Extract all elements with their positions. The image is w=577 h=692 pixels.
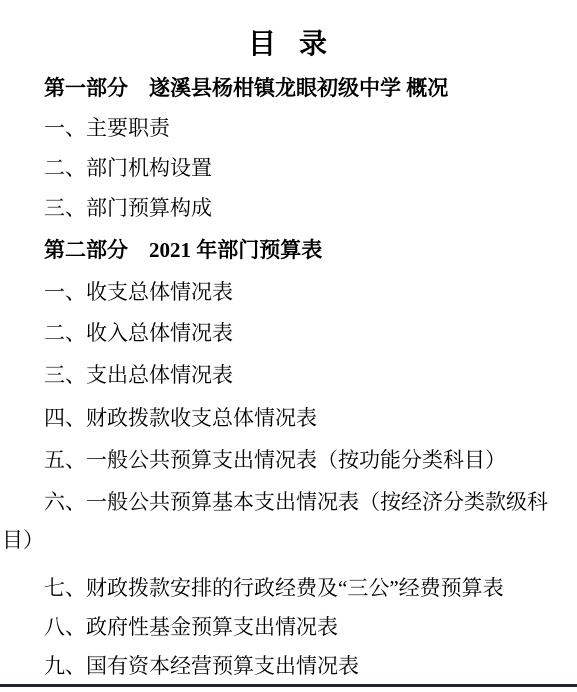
- toc-section-heading-part2: 第二部分 2021 年部门预算表: [0, 230, 577, 270]
- toc-item: 九、国有资本经营预算支出情况表: [0, 646, 577, 686]
- toc-section-heading-part1: 第一部分 遂溪县杨柑镇龙眼初级中学 概况: [0, 68, 577, 108]
- toc-page: 目 录 第一部分 遂溪县杨柑镇龙眼初级中学 概况 一、主要职责 二、部门机构设置…: [0, 0, 577, 692]
- toc-item: 四、财政拨款收支总体情况表: [0, 398, 577, 438]
- toc-item: 八、政府性基金预算支出情况表: [0, 607, 577, 647]
- toc-item-continuation: 目）: [0, 520, 577, 560]
- toc-item: 二、部门机构设置: [0, 148, 577, 188]
- bottom-rule: [0, 684, 577, 687]
- toc-item: 三、部门预算构成: [0, 188, 577, 228]
- toc-item: 一、主要职责: [0, 108, 577, 148]
- toc-item: 七、财政拨款安排的行政经费及“三公”经费预算表: [0, 568, 577, 608]
- toc-item: 六、一般公共预算基本支出情况表（按经济分类款级科: [0, 482, 577, 522]
- toc-item: 一、收支总体情况表: [0, 272, 577, 312]
- toc-item: 五、一般公共预算支出情况表（按功能分类科目）: [0, 440, 577, 480]
- toc-item: 三、支出总体情况表: [0, 355, 577, 395]
- toc-item: 二、收入总体情况表: [0, 313, 577, 353]
- page-title: 目 录: [0, 24, 577, 66]
